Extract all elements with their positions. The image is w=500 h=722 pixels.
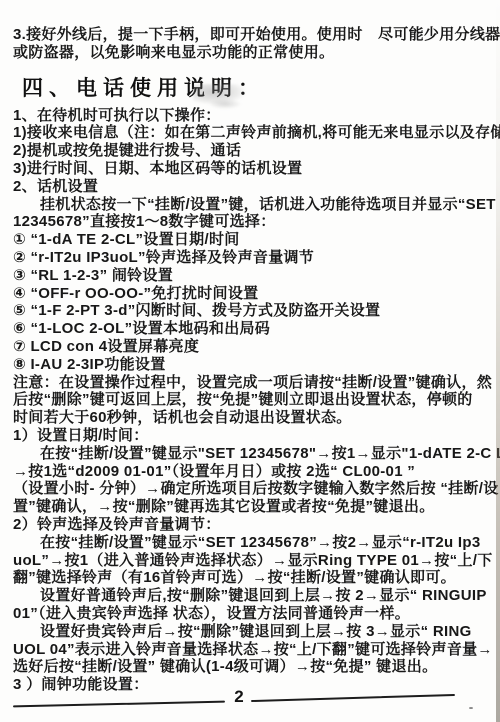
section-heading: 四、电话使用说明： [22, 74, 495, 104]
scan-speck [469, 707, 473, 709]
scan-edge-artifact [496, 0, 500, 722]
menu-item-7: ⑦ LCD con 4设置屏幕亮度 [13, 338, 495, 356]
menu-item-5: ⑤ “1-F 2-PT 3-d”闪断时间、拨号方式及防盗开关设置 [13, 302, 495, 320]
note-line-1: 注意：在设置操作过程中，设置完成一项后请按“挂断/设置”键确认，然 [13, 374, 495, 392]
menu-item-4: ④ “OFF-r OO-OO-”免打扰时间设置 [13, 285, 495, 303]
menu-item-2: ② “r-IT2u IP3uoL”铃声选择及铃声音量调节 [13, 249, 495, 267]
phone-setup-title: 2、话机设置 [13, 178, 495, 196]
scan-smudge-small [208, 99, 242, 109]
standby-item-1: 1)接收来电信息（注：如在第二声铃声前摘机,将可能无来电显示以及存储) [13, 124, 495, 142]
footer-rule-right [251, 694, 455, 702]
para-outside-line-2: 或防盗器，以免影响来电显示功能的正常使用。 [13, 44, 495, 62]
standby-list-title: 1、在待机时可执行以下操作： [13, 107, 495, 125]
ringtone-line-5: 01”（进入贵宾铃声选择 状态），设置方法同普通铃声一样。 [13, 605, 495, 623]
menu-item-3: ③ “RL 1-2-3” 闹铃设置 [13, 267, 495, 285]
menu-item-6: ⑥ “1-LOC 2-OL”设置本地码和出局码 [13, 320, 495, 338]
date-time-line-4: 置”键确认，→按“删除”键再选其它设置或者按“免提”键退出。 [13, 498, 495, 516]
alarm-title: 3 ）闹钟功能设置： [13, 676, 495, 694]
standby-item-3: 3)进行时间、日期、本地区码等的话机设置 [13, 160, 495, 178]
phone-setup-intro-2: 12345678”直接按1～8数字键可选择： [13, 213, 495, 231]
ringtone-line-1: 在按“挂断/设置”键显示“SET 12345678”→按2→显示“r-IT2u … [13, 534, 495, 552]
ringtone-line-8: 选好后按“挂断/设置” 键确认(1-4级可调）→按“免提” 键退出。 [13, 658, 495, 676]
date-time-title: 1）设置日期/时间： [13, 427, 495, 445]
menu-item-8: ⑧ I-AU 2-3IP功能设置 [13, 356, 495, 374]
ringtone-line-6: 设置好贵宾铃声后→按“删除”键退回到上层→按 3→显示“ RING [13, 623, 495, 641]
phone-setup-intro-1: 挂机状态按一下“挂断/设置”键，话机进入功能待选项目并显示“SET [13, 196, 495, 214]
page-content: 3.接好外线后，提一下手柄，即可开始使用。使用时 尽可能少用分线器 或防盗器，以… [13, 26, 495, 694]
date-time-line-1: 在按“挂断/设置”键显示"SET 12345678"→按1→显示"1-dATE … [13, 445, 495, 463]
note-line-2: 后按“删除”键可返回上层，按“免提”键则立即退出设置状态，停顿的 [13, 391, 495, 409]
menu-item-1: ① “1-dA TE 2-CL”设置日期/时间 [13, 231, 495, 249]
date-time-line-3: （设置小时- 分钟）→确定所选项目后按数字键输入数字然后按 “挂断/设 [13, 480, 495, 498]
standby-item-2: 2)提机或按免提键进行拨号、通话 [13, 142, 495, 160]
note-line-3: 时间若大于60秒钟，话机也会自动退出设置状态。 [13, 409, 495, 427]
ringtone-line-3: 翻”键选择铃声（有16首铃声可选）→按“挂断/设置”键确认即可。 [13, 569, 495, 587]
date-time-line-2: →按1选“d2009 01-01”（设置年月日）或按 2选“ CL00-01 ” [13, 463, 495, 481]
ringtone-title: 2）铃声选择及铃声音量调节： [13, 516, 495, 534]
footer-rule-left [13, 701, 225, 708]
scanned-manual-page: 3.接好外线后，提一下手柄，即可开始使用。使用时 尽可能少用分线器 或防盗器，以… [0, 0, 500, 722]
ringtone-line-2: uoL”→按1（进入普通铃声选择状态）→显示Ring TYPE 01→按“上/下 [13, 552, 495, 570]
ringtone-line-4: 设置好普通铃声后,按“删除”键退回到上层→按 2→显示“ RINGUIP [13, 587, 495, 605]
para-outside-line-1: 3.接好外线后，提一下手柄，即可开始使用。使用时 尽可能少用分线器 [13, 26, 495, 44]
page-number: 2 [228, 687, 250, 707]
ringtone-line-7: UOL 04”表示进入铃声音量选择状态→按“上/下翻”键可选择铃声音量→ [13, 641, 495, 659]
